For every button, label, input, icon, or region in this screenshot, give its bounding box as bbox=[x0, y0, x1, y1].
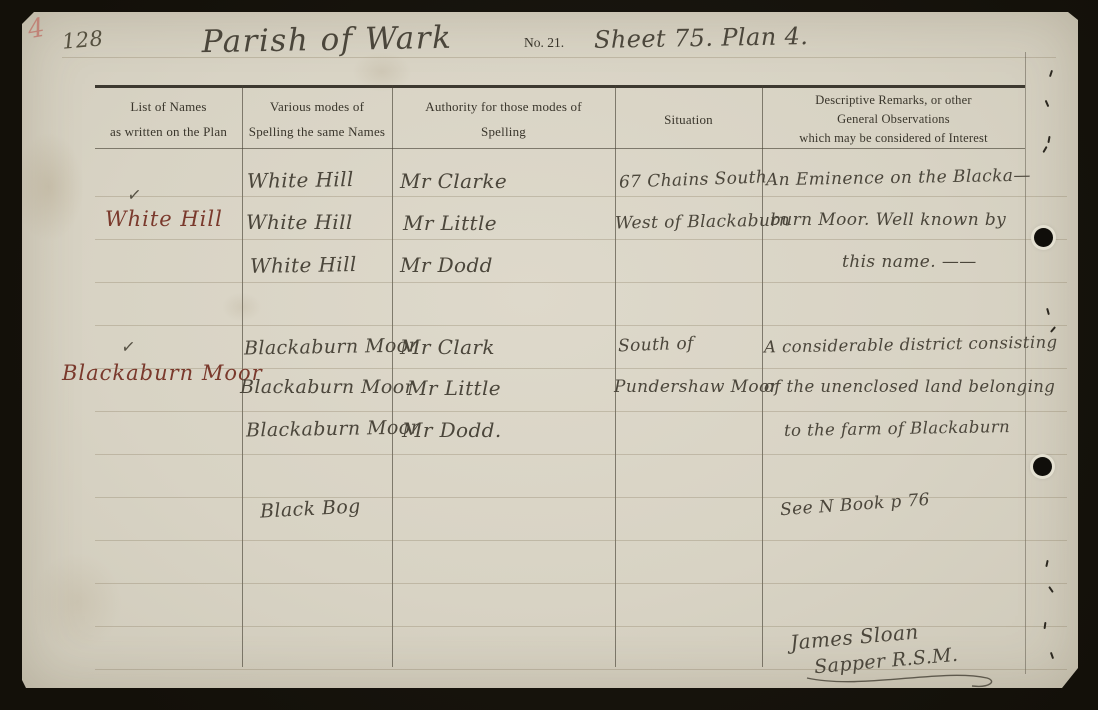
entry-plan-name: White Hill bbox=[105, 207, 223, 231]
right-margin-rule bbox=[1025, 52, 1026, 674]
folio-number: 128 bbox=[61, 26, 104, 54]
entry-spelling: Blackaburn Moor bbox=[246, 416, 420, 441]
entry-situation-line: 67 Chains South bbox=[619, 167, 768, 192]
punch-hole bbox=[1034, 228, 1053, 247]
page-title: Parish of Wark bbox=[192, 20, 463, 61]
document-page: 4 128 Parish of Wark No. 21. Sheet 75. P… bbox=[22, 12, 1078, 688]
sheet-plan-label: Sheet 75. Plan 4. bbox=[594, 22, 809, 54]
ledger-line bbox=[95, 239, 1067, 240]
column-header-line: which may be considered of Interest bbox=[799, 129, 988, 148]
entry-spelling: White Hill bbox=[250, 252, 357, 278]
entry-spelling: Black Bog bbox=[259, 495, 361, 522]
entry-authority: Mr Clarke bbox=[400, 169, 507, 193]
stitch-mark bbox=[1050, 652, 1054, 659]
table-top-border bbox=[95, 85, 1025, 88]
ledger-line bbox=[95, 540, 1067, 541]
entry-plan-name: Blackaburn Moor bbox=[62, 361, 263, 385]
entry-authority: Mr Little bbox=[403, 211, 497, 235]
entry-spelling: Blackaburn Moor bbox=[244, 334, 418, 359]
folio-red-number: 4 bbox=[26, 13, 48, 45]
column-header-spellings: Various modes of Spelling the same Names bbox=[242, 92, 392, 146]
stitch-mark bbox=[1049, 70, 1053, 77]
entry-authority: Mr Dodd bbox=[400, 253, 493, 277]
entry-remark-line: An Eminence on the Blacka— bbox=[766, 166, 1031, 191]
column-header-line: Spelling bbox=[481, 119, 526, 144]
tick-mark-icon: ✓ bbox=[120, 335, 137, 360]
entry-remark-line: burn Moor. Well known by bbox=[770, 210, 1006, 230]
column-header-line: Various modes of bbox=[270, 94, 364, 119]
column-header-line: List of Names bbox=[130, 94, 206, 119]
ledger-line bbox=[95, 411, 1067, 412]
stitch-mark bbox=[1045, 560, 1048, 567]
table-header-bottom-rule bbox=[95, 148, 1025, 149]
column-header-line: Spelling the same Names bbox=[249, 119, 385, 144]
age-smudge bbox=[14, 132, 84, 242]
stitch-mark bbox=[1046, 308, 1050, 315]
entry-remark-line: this name. —— bbox=[842, 252, 977, 272]
entry-spelling: Blackaburn Moor bbox=[240, 376, 414, 398]
stitch-mark bbox=[1048, 586, 1054, 593]
tick-mark-icon: ✓ bbox=[126, 183, 143, 208]
number-label: No. 21. bbox=[524, 35, 564, 51]
entry-situation-line: Pundershaw Moor bbox=[614, 377, 778, 397]
column-header-situation: Situation bbox=[615, 92, 762, 146]
punch-hole bbox=[1033, 457, 1052, 476]
entry-remark-line: See N Book p 76 bbox=[779, 490, 930, 520]
entry-remark-line: to the farm of Blackaburn bbox=[784, 417, 1010, 440]
stitch-mark bbox=[1045, 100, 1050, 107]
column-header-line: General Observations bbox=[837, 110, 950, 129]
ledger-line bbox=[95, 325, 1067, 326]
entry-situation-line: West of Blackaburn bbox=[615, 210, 790, 233]
entry-remark-line: of the unenclosed land belonging bbox=[764, 377, 1055, 396]
entry-spelling: White Hill bbox=[246, 210, 353, 234]
column-header-line: Situation bbox=[664, 107, 713, 132]
stitch-mark bbox=[1047, 136, 1050, 143]
entry-authority: Mr Clark bbox=[400, 335, 495, 359]
entry-situation-line: South of bbox=[618, 334, 694, 357]
age-smudge bbox=[32, 552, 122, 652]
table-rule-col3-col4 bbox=[615, 85, 616, 667]
ledger-line bbox=[95, 282, 1067, 283]
column-header-remarks: Descriptive Remarks, or other General Ob… bbox=[762, 90, 1025, 148]
ledger-line bbox=[95, 196, 1067, 197]
ledger-line bbox=[95, 454, 1067, 455]
entry-remark-line: A considerable district consisting bbox=[764, 332, 1058, 356]
column-header-authority: Authority for those modes of Spelling bbox=[392, 92, 615, 146]
column-header-line: Authority for those modes of bbox=[425, 94, 582, 119]
column-header-names: List of Names as written on the Plan bbox=[95, 92, 242, 146]
column-header-line: Descriptive Remarks, or other bbox=[815, 91, 971, 110]
entry-authority: Mr Little bbox=[407, 376, 501, 400]
entry-spelling: White Hill bbox=[247, 167, 354, 193]
ledger-line bbox=[95, 583, 1067, 584]
stitch-mark bbox=[1042, 146, 1047, 153]
header-rule bbox=[62, 57, 1056, 58]
entry-authority: Mr Dodd. bbox=[402, 418, 502, 442]
column-header-line: as written on the Plan bbox=[110, 119, 227, 144]
ledger-line bbox=[95, 626, 1067, 627]
